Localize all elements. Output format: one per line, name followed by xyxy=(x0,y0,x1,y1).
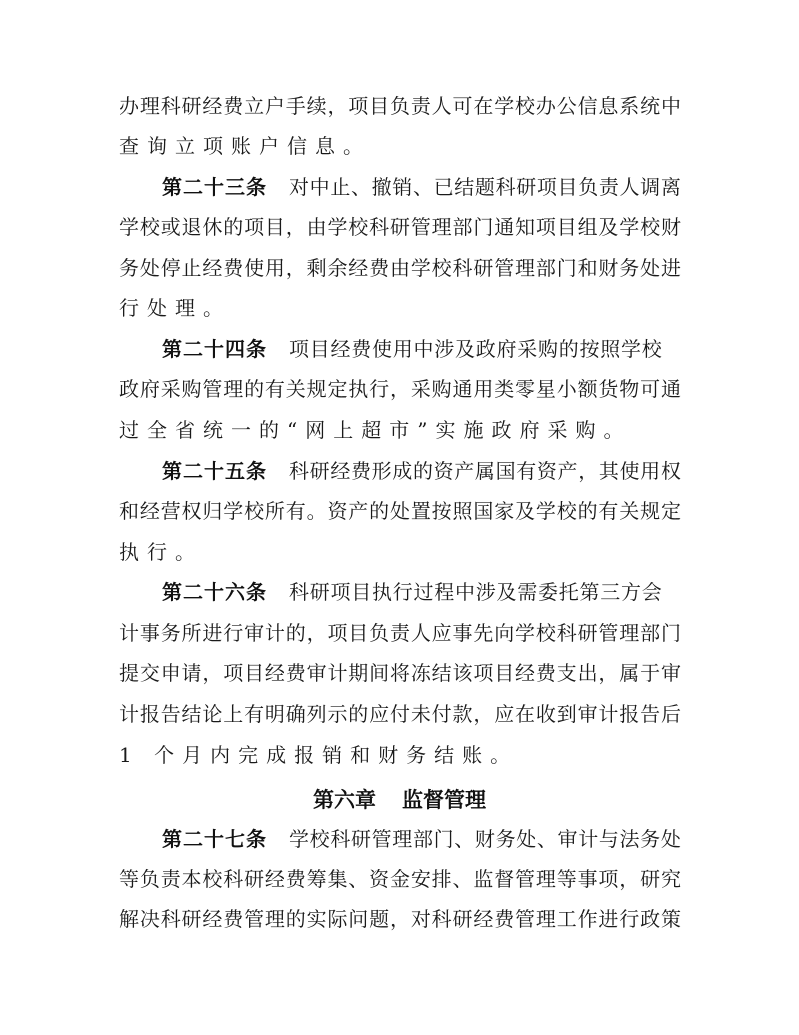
paragraph-line: 1 个月内完成报销和财务结账。 xyxy=(119,740,681,770)
paragraph-line: 解决科研经费管理的实际问题，对科研经费管理工作进行政策 xyxy=(119,904,681,934)
article-text: 项目经费使用中涉及政府采购的按照学校 xyxy=(289,334,662,364)
article-label: 第二十七条 xyxy=(162,824,267,854)
article-label: 第二十四条 xyxy=(162,334,267,364)
paragraph-line: 学校或退休的项目，由学校科研管理部门通知项目组及学校财 xyxy=(119,212,681,242)
article-label: 第二十五条 xyxy=(162,456,267,486)
article-23-first-line: 第二十三条对中止、撤销、已结题科研项目负责人调离 xyxy=(162,172,681,202)
paragraph-line: 政府采购管理的有关规定执行，采购通用类零星小额货物可通 xyxy=(119,374,681,404)
paragraph-line: 务处停止经费使用，剩余经费由学校科研管理部门和财务处进 xyxy=(119,253,681,283)
paragraph-line: 等负责本校科研经费筹集、资金安排、监督管理等事项，研究 xyxy=(119,864,681,894)
paragraph-line: 执行。 xyxy=(119,537,681,567)
paragraph-line: 查询立项账户信息。 xyxy=(119,131,681,161)
chapter-title: 监督管理 xyxy=(402,788,486,812)
article-label: 第二十三条 xyxy=(162,172,267,202)
article-text: 对中止、撤销、已结题科研项目负责人调离 xyxy=(289,172,681,202)
chapter-heading: 第六章监督管理 xyxy=(0,785,799,815)
article-24-first-line: 第二十四条项目经费使用中涉及政府采购的按照学校 xyxy=(162,334,662,364)
article-25-first-line: 第二十五条科研经费形成的资产属国有资产，其使用权 xyxy=(162,456,681,486)
article-text: 科研经费形成的资产属国有资产，其使用权 xyxy=(289,456,681,486)
paragraph-line: 计报告结论上有明确列示的应付未付款，应在收到审计报告后 xyxy=(119,699,681,729)
article-27-first-line: 第二十七条学校科研管理部门、财务处、审计与法务处 xyxy=(162,824,681,854)
document-page: 办理科研经费立户手续，项目负责人可在学校办公信息系统中 查询立项账户信息。 第二… xyxy=(0,0,799,1035)
article-26-first-line: 第二十六条科研项目执行过程中涉及需委托第三方会 xyxy=(162,577,662,607)
paragraph-line: 和经营权归学校所有。资产的处置按照国家及学校的有关规定 xyxy=(119,496,681,526)
chapter-number: 第六章 xyxy=(313,788,376,812)
paragraph-line: 过全省统一的“网上超市”实施政府采购。 xyxy=(119,415,681,445)
article-text: 科研项目执行过程中涉及需委托第三方会 xyxy=(289,577,662,607)
paragraph-line: 提交申请，项目经费审计期间将冻结该项目经费支出，属于审 xyxy=(119,658,681,688)
article-label: 第二十六条 xyxy=(162,577,267,607)
article-text: 学校科研管理部门、财务处、审计与法务处 xyxy=(289,824,681,854)
paragraph-line: 办理科研经费立户手续，项目负责人可在学校办公信息系统中 xyxy=(119,91,681,121)
paragraph-line: 行处理。 xyxy=(119,293,681,323)
paragraph-line: 计事务所进行审计的，项目负责人应事先向学校科研管理部门 xyxy=(119,618,681,648)
